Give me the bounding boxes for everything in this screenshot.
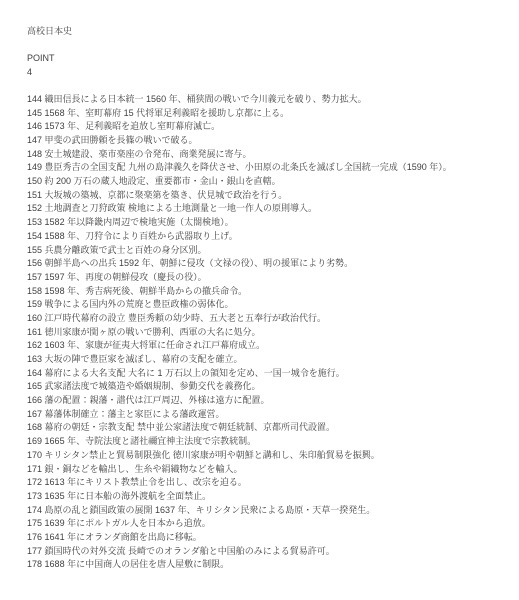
item-text: 約 200 万石の蔵入地設定、重要都市・金山・銀山を直轄。 [45, 176, 281, 186]
item-number: 172 [27, 477, 42, 487]
item-text: 1688 年に中国商人の居住を唐人屋敷に制限。 [45, 559, 230, 569]
item-number: 148 [27, 149, 42, 159]
list-item: 173 1635 年に日本船の海外渡航を全面禁止。 [27, 490, 509, 504]
document-title: 高校日本史 [27, 25, 509, 39]
item-text: 朝鮮半島への出兵 1592 年、朝鮮に侵攻（文禄の役）、明の援軍により劣勢。 [45, 258, 354, 268]
item-number: 153 [27, 217, 42, 227]
history-fact-list: 144 織田信長による日本統一 1560 年、桶狭間の戦いで今川義元を破り、勢力… [27, 93, 509, 572]
item-text: 土地調査と刀狩政策 検地による土地測量と一地一作人の原則導入。 [45, 203, 318, 213]
list-item: 149 豊臣秀吉の全国支配 九州の島津義久を降伏させ、小田原の北条氏を滅ぼし全国… [27, 161, 509, 175]
list-item: 164 幕府による大名支配 大名に 1 万石以上の領知を定め、一国一城令を施行。 [27, 367, 509, 381]
item-text: 江戸時代幕府の設立 豊臣秀頼の幼少時、五大老と五奉行が政治代行。 [45, 313, 327, 323]
item-number: 152 [27, 203, 42, 213]
item-number: 171 [27, 464, 42, 474]
item-text: 1573 年、足利義昭を追放し室町幕府滅亡。 [45, 121, 221, 131]
item-text: 鎖国時代の対外交流 長崎でのオランダ船と中国船のみによる貿易許可。 [45, 546, 335, 556]
document-page: 高校日本史 POINT 4 144 織田信長による日本統一 1560 年、桶狭間… [0, 0, 519, 600]
list-item: 145 1568 年、室町幕府 15 代将軍足利義昭を援助し京都に上る。 [27, 107, 509, 121]
item-number: 168 [27, 422, 42, 432]
list-item: 153 1582 年以降畿内周辺で検地実施（太閤検地）。 [27, 216, 509, 230]
item-number: 176 [27, 532, 42, 542]
list-item: 160 江戸時代幕府の設立 豊臣秀頼の幼少時、五大老と五奉行が政治代行。 [27, 312, 509, 326]
item-number: 161 [27, 327, 42, 337]
item-number: 163 [27, 354, 42, 364]
list-item: 162 1603 年、家康が征夷大将軍に任命され江戸幕府成立。 [27, 339, 509, 353]
item-number: 155 [27, 245, 42, 255]
list-item: 167 幕藩体制確立：藩主と家臣による藩政運営。 [27, 408, 509, 422]
item-text: 1639 年にポルトガル人を日本から追放。 [45, 518, 211, 528]
item-number: 144 [27, 94, 42, 104]
item-number: 174 [27, 505, 42, 515]
item-number: 150 [27, 176, 42, 186]
list-item: 176 1641 年にオランダ商館を出島に移転。 [27, 531, 509, 545]
item-number: 154 [27, 231, 42, 241]
item-text: キリシタン禁止と貿易制限強化 徳川家康が明や朝鮮と講和し、朱印船貿易を振興。 [45, 450, 380, 460]
list-item: 163 大坂の陣で豊臣家を滅ぼし、幕府の支配を確立。 [27, 353, 509, 367]
list-item: 169 1665 年、寺院法度と諸社禰宜神主法度で宗教統制。 [27, 435, 509, 449]
item-number: 158 [27, 286, 42, 296]
item-number: 147 [27, 135, 42, 145]
list-item: 178 1688 年に中国商人の居住を唐人屋敷に制限。 [27, 558, 509, 572]
list-item: 172 1613 年にキリスト教禁止令を出し、改宗を迫る。 [27, 476, 509, 490]
item-text: 藩の配置：親藩・譜代は江戸周辺、外様は遠方に配置。 [45, 395, 270, 405]
item-number: 162 [27, 340, 42, 350]
item-number: 159 [27, 299, 42, 309]
item-text: 豊臣秀吉の全国支配 九州の島津義久を降伏させ、小田原の北条氏を滅ぼし全国統一完成… [45, 162, 452, 172]
item-number: 157 [27, 272, 42, 282]
item-text: 銀・銅などを輸出し、生糸や絹織物などを輸入。 [45, 464, 243, 474]
item-number: 166 [27, 395, 42, 405]
item-text: 織田信長による日本統一 1560 年、桶狭間の戦いで今川義元を破り、勢力拡大。 [45, 94, 367, 104]
list-item: 174 島原の乱と鎖国政策の展開 1637 年、キリシタン民衆による島原・天草一… [27, 504, 509, 518]
item-text: 戦争による国内外の荒廃と豊臣政権の弱体化。 [45, 299, 234, 309]
list-item: 144 織田信長による日本統一 1560 年、桶狭間の戦いで今川義元を破り、勢力… [27, 93, 509, 107]
list-item: 150 約 200 万石の蔵入地設定、重要都市・金山・銀山を直轄。 [27, 175, 509, 189]
item-text: 1597 年、再度の朝鮮侵攻（慶長の役）。 [45, 272, 207, 282]
item-number: 160 [27, 313, 42, 323]
item-number: 169 [27, 436, 42, 446]
item-text: 甲斐の武田勝頼を長篠の戦いで破る。 [45, 135, 198, 145]
list-item: 152 土地調査と刀狩政策 検地による土地測量と一地一作人の原則導入。 [27, 202, 509, 216]
item-number: 156 [27, 258, 42, 268]
item-number: 149 [27, 162, 42, 172]
list-item: 148 安土城建設、楽市楽座の令発布、商業発展に寄与。 [27, 148, 509, 162]
list-item: 151 大坂城の築城、京都に聚楽第を築き、伏見城で政治を行う。 [27, 189, 509, 203]
item-text: 1665 年、寺院法度と諸社禰宜神主法度で宗教統制。 [45, 436, 257, 446]
blank-line [27, 38, 509, 52]
list-item: 175 1639 年にポルトガル人を日本から追放。 [27, 517, 509, 531]
item-text: 1635 年に日本船の海外渡航を全面禁止。 [45, 491, 212, 501]
list-item: 158 1598 年、秀吉病死後、朝鮮半島からの撤兵命令。 [27, 285, 509, 299]
list-item: 159 戦争による国内外の荒廃と豊臣政権の弱体化。 [27, 298, 509, 312]
item-number: 170 [27, 450, 42, 460]
item-text: 兵農分離政策で武士と百姓の身分区別。 [45, 245, 207, 255]
item-text: 徳川家康が関ヶ原の戦いで勝利、西軍の大名に処分。 [45, 327, 261, 337]
item-text: 大坂の陣で豊臣家を滅ぼし、幕府の支配を確立。 [45, 354, 243, 364]
item-number: 177 [27, 546, 42, 556]
list-item: 147 甲斐の武田勝頼を長篠の戦いで破る。 [27, 134, 509, 148]
item-text: 大坂城の築城、京都に聚楽第を築き、伏見城で政治を行う。 [45, 190, 288, 200]
item-number: 165 [27, 381, 42, 391]
item-number: 164 [27, 368, 42, 378]
item-text: 1603 年、家康が征夷大将軍に任命され江戸幕府成立。 [45, 340, 266, 350]
item-number: 146 [27, 121, 42, 131]
item-number: 167 [27, 409, 42, 419]
item-text: 1598 年、秀吉病死後、朝鮮半島からの撤兵命令。 [45, 286, 248, 296]
list-item: 166 藩の配置：親藩・譜代は江戸周辺、外様は遠方に配置。 [27, 394, 509, 408]
item-text: 武家諸法度で城築造や婚姻規制、参勤交代を義務化。 [45, 381, 261, 391]
blank-line [27, 79, 509, 93]
item-text: 1641 年にオランダ商館を出島に移転。 [45, 532, 202, 542]
item-number: 151 [27, 190, 42, 200]
list-item: 146 1573 年、足利義昭を追放し室町幕府滅亡。 [27, 120, 509, 134]
list-item: 155 兵農分離政策で武士と百姓の身分区別。 [27, 244, 509, 258]
item-text: 安土城建設、楽市楽座の令発布、商業発展に寄与。 [45, 149, 252, 159]
list-item: 177 鎖国時代の対外交流 長崎でのオランダ船と中国船のみによる貿易許可。 [27, 545, 509, 559]
item-text: 幕府による大名支配 大名に 1 万石以上の領知を定め、一国一城令を施行。 [45, 368, 345, 378]
list-item: 154 1588 年、刀狩令により百姓から武器取り上げ。 [27, 230, 509, 244]
item-number: 175 [27, 518, 42, 528]
item-text: 幕府の朝廷・宗教支配 禁中並公家諸法度で朝廷統制、京都所司代設置。 [45, 422, 336, 432]
item-text: 1582 年以降畿内周辺で検地実施（太閤検地）。 [45, 217, 234, 227]
list-item: 165 武家諸法度で城築造や婚姻規制、参勤交代を義務化。 [27, 380, 509, 394]
item-text: 1568 年、室町幕府 15 代将軍足利義昭を援助し京都に上る。 [45, 108, 290, 118]
item-text: 幕藩体制確立：藩主と家臣による藩政運営。 [45, 409, 225, 419]
list-item: 170 キリシタン禁止と貿易制限強化 徳川家康が明や朝鮮と講和し、朱印船貿易を振… [27, 449, 509, 463]
list-item: 171 銀・銅などを輸出し、生糸や絹織物などを輸入。 [27, 463, 509, 477]
item-number: 178 [27, 559, 42, 569]
point-label: POINT [27, 52, 509, 66]
list-item: 161 徳川家康が関ヶ原の戦いで勝利、西軍の大名に処分。 [27, 326, 509, 340]
point-number: 4 [27, 66, 509, 80]
item-text: 1588 年、刀狩令により百姓から武器取り上げ。 [45, 231, 238, 241]
item-number: 173 [27, 491, 42, 501]
item-number: 145 [27, 108, 42, 118]
item-text: 島原の乱と鎖国政策の展開 1637 年、キリシタン民衆による島原・天草一揆発生。 [45, 505, 376, 515]
list-item: 168 幕府の朝廷・宗教支配 禁中並公家諸法度で朝廷統制、京都所司代設置。 [27, 421, 509, 435]
item-text: 1613 年にキリスト教禁止令を出し、改宗を迫る。 [45, 477, 247, 487]
list-item: 157 1597 年、再度の朝鮮侵攻（慶長の役）。 [27, 271, 509, 285]
list-item: 156 朝鮮半島への出兵 1592 年、朝鮮に侵攻（文禄の役）、明の援軍により劣… [27, 257, 509, 271]
